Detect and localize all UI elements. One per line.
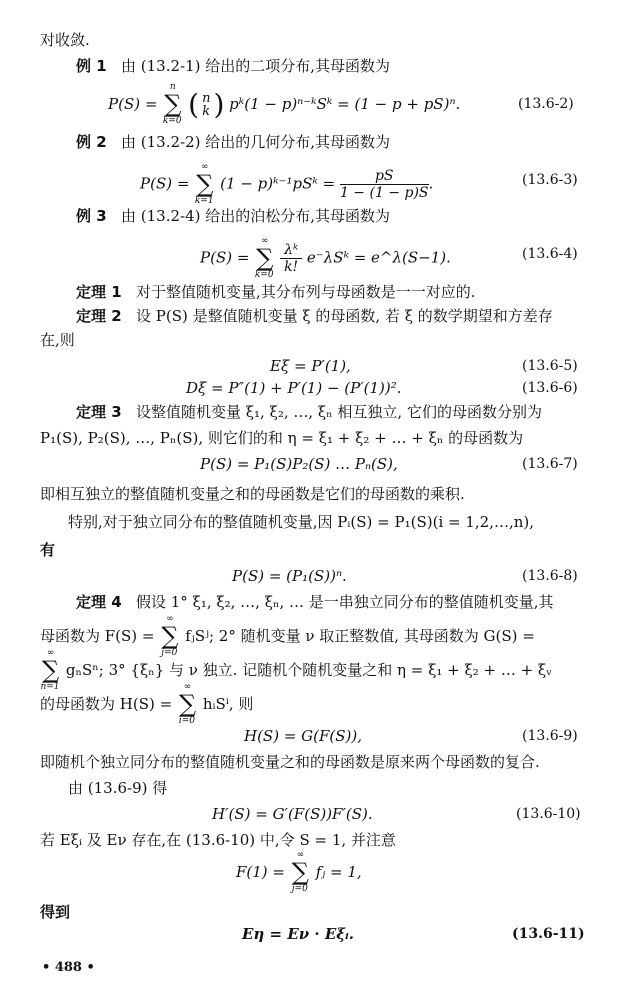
text-line: 由 (13.6-9) 得	[68, 778, 167, 798]
page-number: • 488 •	[42, 960, 95, 975]
theorem-text: 设整值随机变量 ξ₁, ξ₂, …, ξₙ 相互独立, 它们的母函数分别为	[136, 403, 542, 421]
sum-symbol: ∑nk=0	[164, 94, 181, 114]
text-line: 母函数为 F(S) = ∑∞j=0 fⱼSʲ; 2° 随机变量 ν 取正整数值,…	[40, 626, 535, 646]
text-line: 即相互独立的整值随机变量之和的母函数是它们的母函数的乘积.	[40, 484, 465, 504]
sum-symbol: ∑∞i=0	[179, 694, 196, 714]
theorem-3: 定理 3 设整值随机变量 ξ₁, ξ₂, …, ξₙ 相互独立, 它们的母函数分…	[76, 402, 542, 422]
theorem-label: 定理 1	[76, 283, 122, 301]
text-line: P₁(S), P₂(S), …, Pₙ(S), 则它们的和 η = ξ₁ + ξ…	[40, 428, 523, 448]
equation-number: (13.6-5)	[522, 356, 578, 376]
equation-13-6-10: H′(S) = G′(F(S))F′(S).	[212, 804, 373, 824]
theorem-4: 定理 4 假设 1° ξ₁, ξ₂, …, ξₙ, … 是一串独立同分布的整值随…	[76, 592, 554, 612]
text-line: 特别,对于独立同分布的整值随机变量,因 Pᵢ(S) = P₁(S)(i = 1,…	[68, 512, 534, 532]
text-line: 的母函数为 H(S) = ∑∞i=0 hᵢSⁱ, 则	[40, 694, 253, 714]
equation-13-6-3: P(S) = ∑∞k=1 (1 − p)ᵏ⁻¹pSᵏ = pS1 − (1 − …	[140, 168, 433, 201]
text-line: ∑∞n=1 gₙSⁿ; 3° {ξₙ} 与 ν 独立. 记随机个随机变量之和 η…	[40, 660, 552, 680]
theorem-text: 假设 1° ξ₁, ξ₂, …, ξₙ, … 是一串独立同分布的整值随机变量,其	[136, 593, 554, 611]
equation-13-6-5: Eξ = P′(1),	[270, 356, 351, 376]
sum-symbol: ∑∞j=0	[161, 626, 178, 646]
sum-symbol: ∑∞j=0	[292, 862, 309, 882]
sum-symbol: ∑∞n=1	[42, 660, 59, 680]
eq-lhs: P(S) =	[108, 95, 157, 113]
binomial: nk	[199, 92, 213, 118]
sum-symbol: ∑∞k=0	[256, 248, 273, 268]
equation-number: (13.6-4)	[522, 244, 578, 264]
theorem-label: 定理 4	[76, 593, 122, 611]
fraction: λᵏk!	[280, 242, 302, 275]
theorem-label: 定理 3	[76, 403, 122, 421]
equation-number: (13.6-6)	[522, 378, 578, 398]
theorem-label: 定理 2	[76, 307, 122, 325]
theorem-2: 定理 2 设 P(S) 是整值随机变量 ξ 的母函数, 若 ξ 的数学期望和方差…	[76, 306, 553, 326]
equation-number: (13.6-3)	[522, 170, 578, 190]
example-label: 例 3	[76, 207, 107, 225]
example-text: 由 (13.2-1) 给出的二项分布,其母函数为	[121, 57, 390, 75]
equation-13-6-7: P(S) = P₁(S)P₂(S) … Pₙ(S),	[200, 454, 398, 474]
equation-number: (13.6-8)	[522, 566, 578, 586]
equation-number: (13.6-7)	[522, 454, 578, 474]
equation-13-6-4: P(S) = ∑∞k=0 λᵏk! e⁻λSᵏ = e^λ(S−1).	[200, 242, 451, 275]
equation-number: (13.6-10)	[516, 804, 581, 824]
text-line: 得到	[40, 902, 70, 922]
equation-number: (13.6-9)	[522, 726, 578, 746]
text-line: 对收敛.	[40, 30, 90, 50]
equation-13-6-11: Eη = Eν · Eξᵢ.	[242, 924, 354, 944]
text-line: 有	[40, 540, 55, 560]
equation-number: (13.6-2)	[518, 94, 574, 114]
equation-13-6-6: Dξ = P″(1) + P′(1) − (P′(1))².	[186, 378, 402, 398]
equation-13-6-8: P(S) = (P₁(S))ⁿ.	[232, 566, 347, 586]
equation-number: (13.6-11)	[512, 924, 585, 944]
text-line: 若 Eξᵢ 及 Eν 存在,在 (13.6-10) 中,令 S = 1, 并注意	[40, 830, 396, 850]
example-label: 例 2	[76, 133, 107, 151]
theorem-1: 定理 1 对于整值随机变量,其分布列与母函数是一一对应的.	[76, 282, 476, 302]
document-page: 对收敛. 例 1 由 (13.2-1) 给出的二项分布,其母函数为 P(S) =…	[0, 0, 640, 988]
eq-rhs: pᵏ(1 − p)ⁿ⁻ᵏSᵏ = (1 − p + pS)ⁿ.	[229, 95, 460, 113]
example-text: 由 (13.2-2) 给出的几何分布,其母函数为	[121, 133, 390, 151]
equation-13-6-2: P(S) = ∑nk=0 (nk) pᵏ(1 − p)ⁿ⁻ᵏSᵏ = (1 − …	[108, 92, 460, 118]
example-3: 例 3 由 (13.2-4) 给出的泊松分布,其母函数为	[76, 206, 390, 226]
example-label: 例 1	[76, 57, 107, 75]
sum-symbol: ∑∞k=1	[196, 174, 213, 194]
example-1: 例 1 由 (13.2-1) 给出的二项分布,其母函数为	[76, 56, 390, 76]
equation-13-6-9: H(S) = G(F(S)),	[244, 726, 362, 746]
example-text: 由 (13.2-4) 给出的泊松分布,其母函数为	[121, 207, 390, 225]
text-line: 在,则	[40, 330, 75, 350]
equation-F1: F(1) = ∑∞j=0 fⱼ = 1,	[236, 862, 362, 882]
example-2: 例 2 由 (13.2-2) 给出的几何分布,其母函数为	[76, 132, 390, 152]
theorem-text: 对于整值随机变量,其分布列与母函数是一一对应的.	[136, 283, 476, 301]
theorem-text: 设 P(S) 是整值随机变量 ξ 的母函数, 若 ξ 的数学期望和方差存	[136, 307, 553, 325]
fraction: pS1 − (1 − p)S	[340, 168, 429, 201]
text-line: 即随机个独立同分布的整值随机变量之和的母函数是原来两个母函数的复合.	[40, 752, 540, 772]
